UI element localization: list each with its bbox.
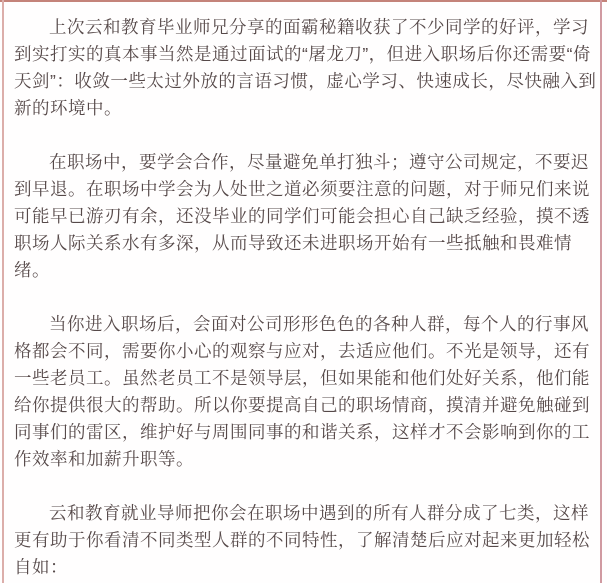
paragraph-line: 绪。: [14, 257, 598, 284]
paragraph-line: 同事们的雷区，维护好与周围同事的和谐关系，这样才不会影响到你的工: [14, 419, 598, 446]
paragraph-line: 更有助于你看清不同类型人群的不同特性，了解清楚后应对起来更加轻松: [14, 527, 598, 554]
paragraph-line: 云和教育就业导师把你会在职场中遇到的所有人群分成了七类，这样: [14, 500, 598, 527]
paragraph-line: 上次云和教育毕业师兄分享的面霸秘籍收获了不少同学的好评，学习: [14, 14, 598, 41]
paragraph-line: 格都会不同，需要你小心的观察与应对，去适应他们。不光是领导，还有: [14, 338, 598, 365]
paragraph: 上次云和教育毕业师兄分享的面霸秘籍收获了不少同学的好评，学习到实打实的真本事当然…: [14, 14, 598, 122]
paragraph-line: 到早退。在职场中学会为人处世之道必须要注意的问题，对于师兄们来说: [14, 176, 598, 203]
paragraph: 云和教育就业导师把你会在职场中遇到的所有人群分成了七类，这样更有助于你看清不同类…: [14, 500, 598, 581]
paragraph-line: 新的环境中。: [14, 95, 598, 122]
top-border-line: [0, 0, 607, 2]
paragraph-line: 当你进入职场后，会面对公司形形色色的各种人群，每个人的行事风: [14, 311, 598, 338]
paragraph-line: 职场人际关系水有多深，从而导致还未进职场开始有一些抵触和畏难情: [14, 230, 598, 257]
paragraph-line: 自如：: [14, 554, 598, 581]
paragraph-line: 作效率和加薪升职等。: [14, 446, 598, 473]
paragraph: 在职场中，要学会合作，尽量避免单打独斗；遵守公司规定，不要迟到早退。在职场中学会…: [14, 149, 598, 284]
paragraph-line: 一些老员工。虽然老员工不是领导层，但如果能和他们处好关系，他们能: [14, 365, 598, 392]
paragraph: 当你进入职场后，会面对公司形形色色的各种人群，每个人的行事风格都会不同，需要你小…: [14, 311, 598, 473]
article-page: 上次云和教育毕业师兄分享的面霸秘籍收获了不少同学的好评，学习到实打实的真本事当然…: [0, 0, 607, 583]
paragraph-line: 在职场中，要学会合作，尽量避免单打独斗；遵守公司规定，不要迟: [14, 149, 598, 176]
article-body: 上次云和教育毕业师兄分享的面霸秘籍收获了不少同学的好评，学习到实打实的真本事当然…: [14, 0, 598, 581]
paragraph-line: 可能早已游刃有余，还没毕业的同学们可能会担心自己缺乏经验，摸不透: [14, 203, 598, 230]
left-border-line: [2, 0, 4, 583]
paragraph-line: 天剑”：收敛一些太过外放的言语习惯，虚心学习、快速成长，尽快融入到: [14, 68, 598, 95]
paragraph-line: 到实打实的真本事当然是通过面试的“屠龙刀”，但进入职场后你还需要“倚: [14, 41, 598, 68]
paragraph-line: 给你提供很大的帮助。所以你要提高自己的职场情商，摸清并避免触碰到: [14, 392, 598, 419]
right-border-line: [600, 0, 602, 583]
